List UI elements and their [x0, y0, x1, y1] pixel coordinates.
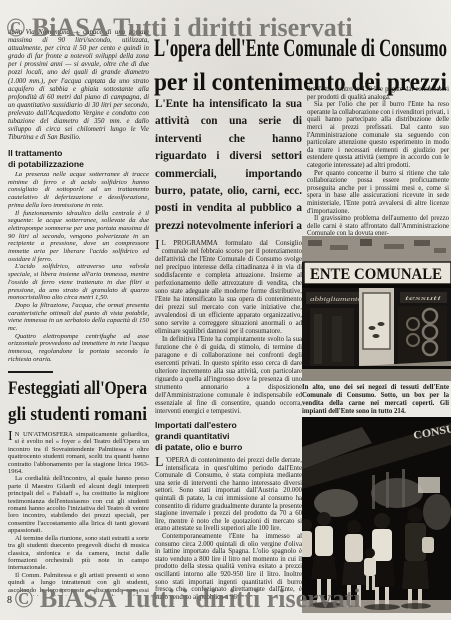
water-article-intro: dalla Via Nomentana — capace di una port… [8, 29, 149, 147]
headline-line: gli studenti romani [8, 404, 147, 425]
section-divider-rule [8, 371, 53, 373]
paragraph: L'acido solfidrico, attraverso una valvo… [8, 263, 149, 302]
paragraph: Quattro elettropompe centrifughe ad asse… [8, 333, 149, 364]
drop-cap: L [155, 457, 166, 470]
paragraph: Il funzionamento idraulico della central… [8, 210, 149, 264]
awning-left-text: abbigliamento [310, 296, 363, 303]
subhead-line: di potabilizzazione [8, 159, 149, 170]
subhead-line: Il trattamento [8, 148, 149, 159]
storefront-photo-graphic: ENTE COMUNALE abbigliamento tessuti [302, 236, 451, 381]
paragraph-text: L PROGRAMMA formulato dal Consiglio comu… [155, 240, 302, 335]
opera-article-headline: Festeggiati all'Opera gli studenti roman… [5, 377, 150, 429]
paragraph: Al termine della riunione, sono stati es… [8, 535, 149, 572]
storefront-photo: ENTE COMUNALE abbigliamento tessuti [302, 236, 451, 381]
paragraph: IN UN'ATMOSFERA simpaticamente goliardic… [8, 431, 149, 475]
watermark-bottom: © BiASA Tutti i diritti riservati [14, 584, 361, 614]
scanned-newspaper-page: © BiASA Tutti i diritti riservati © BiAS… [0, 0, 451, 620]
lead-paragraph: L'Ente ha intensificato la sua attività … [155, 96, 302, 237]
subhead-line: Importati dall'estero [155, 420, 302, 431]
water-article-body: La presenza nelle acque sotterranee di t… [8, 171, 149, 364]
paragraph: La presenza nelle acque sotterranee di t… [8, 171, 149, 210]
paragraph: Per quanto concerne il burro si ritiene … [307, 170, 449, 216]
paragraph: dalla Via Nomentana — capace di una port… [8, 29, 149, 142]
caption-text: In alto, uno dei sei negozi di tessuti d… [302, 384, 449, 415]
subhead-line: di patate, olio e burro [155, 442, 302, 453]
photo-caption: In alto, uno dei sei negozi di tessuti d… [302, 384, 449, 415]
main-article-lead: L'Ente ha intensificato la sua attività … [155, 96, 302, 237]
water-article-subhead: Il trattamento di potabilizzazione [8, 148, 149, 169]
paragraph-text: N UN'ATMOSFERA simpaticamente goliardica… [8, 431, 149, 475]
paragraph: In definitiva l'Ente ha compiutamente sv… [155, 336, 302, 416]
awning-right-text: tessuti [405, 295, 441, 302]
paragraph: IL PROGRAMMA formulato dal Consiglio com… [155, 240, 302, 336]
imports-subhead: Importati dall'estero grandi quantitativ… [155, 420, 302, 453]
paragraph: L'OPERA di contenimento dei prezzi delle… [155, 457, 302, 533]
opera-article-body: IN UN'ATMOSFERA simpaticamente goliardic… [8, 431, 149, 596]
paragraph: Sia per l'olio che per il burro l'Ente h… [307, 101, 449, 169]
main-article-body-col2a: IL PROGRAMMA formulato dal Consiglio com… [155, 240, 302, 417]
headline-line: Festeggiati all'Opera [8, 378, 147, 399]
headline-line: per il contenimento dei prezzi [154, 69, 447, 96]
paragraph: La cordialità dell'incontro, al quale ha… [8, 475, 149, 534]
storefront-sign-text: ENTE COMUNALE [310, 266, 442, 283]
page-number: 8 [7, 595, 12, 606]
subhead-line: grandi quantitativi [155, 431, 302, 442]
paragraph: Il gravissimo problema dell'aumento del … [307, 215, 449, 235]
paragraph-text: 'OPERA di contenimento dei prezzi delle … [155, 457, 302, 532]
watermark-top: © BiASA Tutti i diritti riservati [6, 13, 353, 43]
drop-cap: I [155, 240, 162, 253]
main-article-body-col3: lire l'etto, contro le 130 lire pagate d… [307, 86, 449, 235]
drop-cap: I [8, 431, 15, 444]
paragraph: Dopo la filtrazione, l'acqua, che ormai … [8, 302, 149, 333]
